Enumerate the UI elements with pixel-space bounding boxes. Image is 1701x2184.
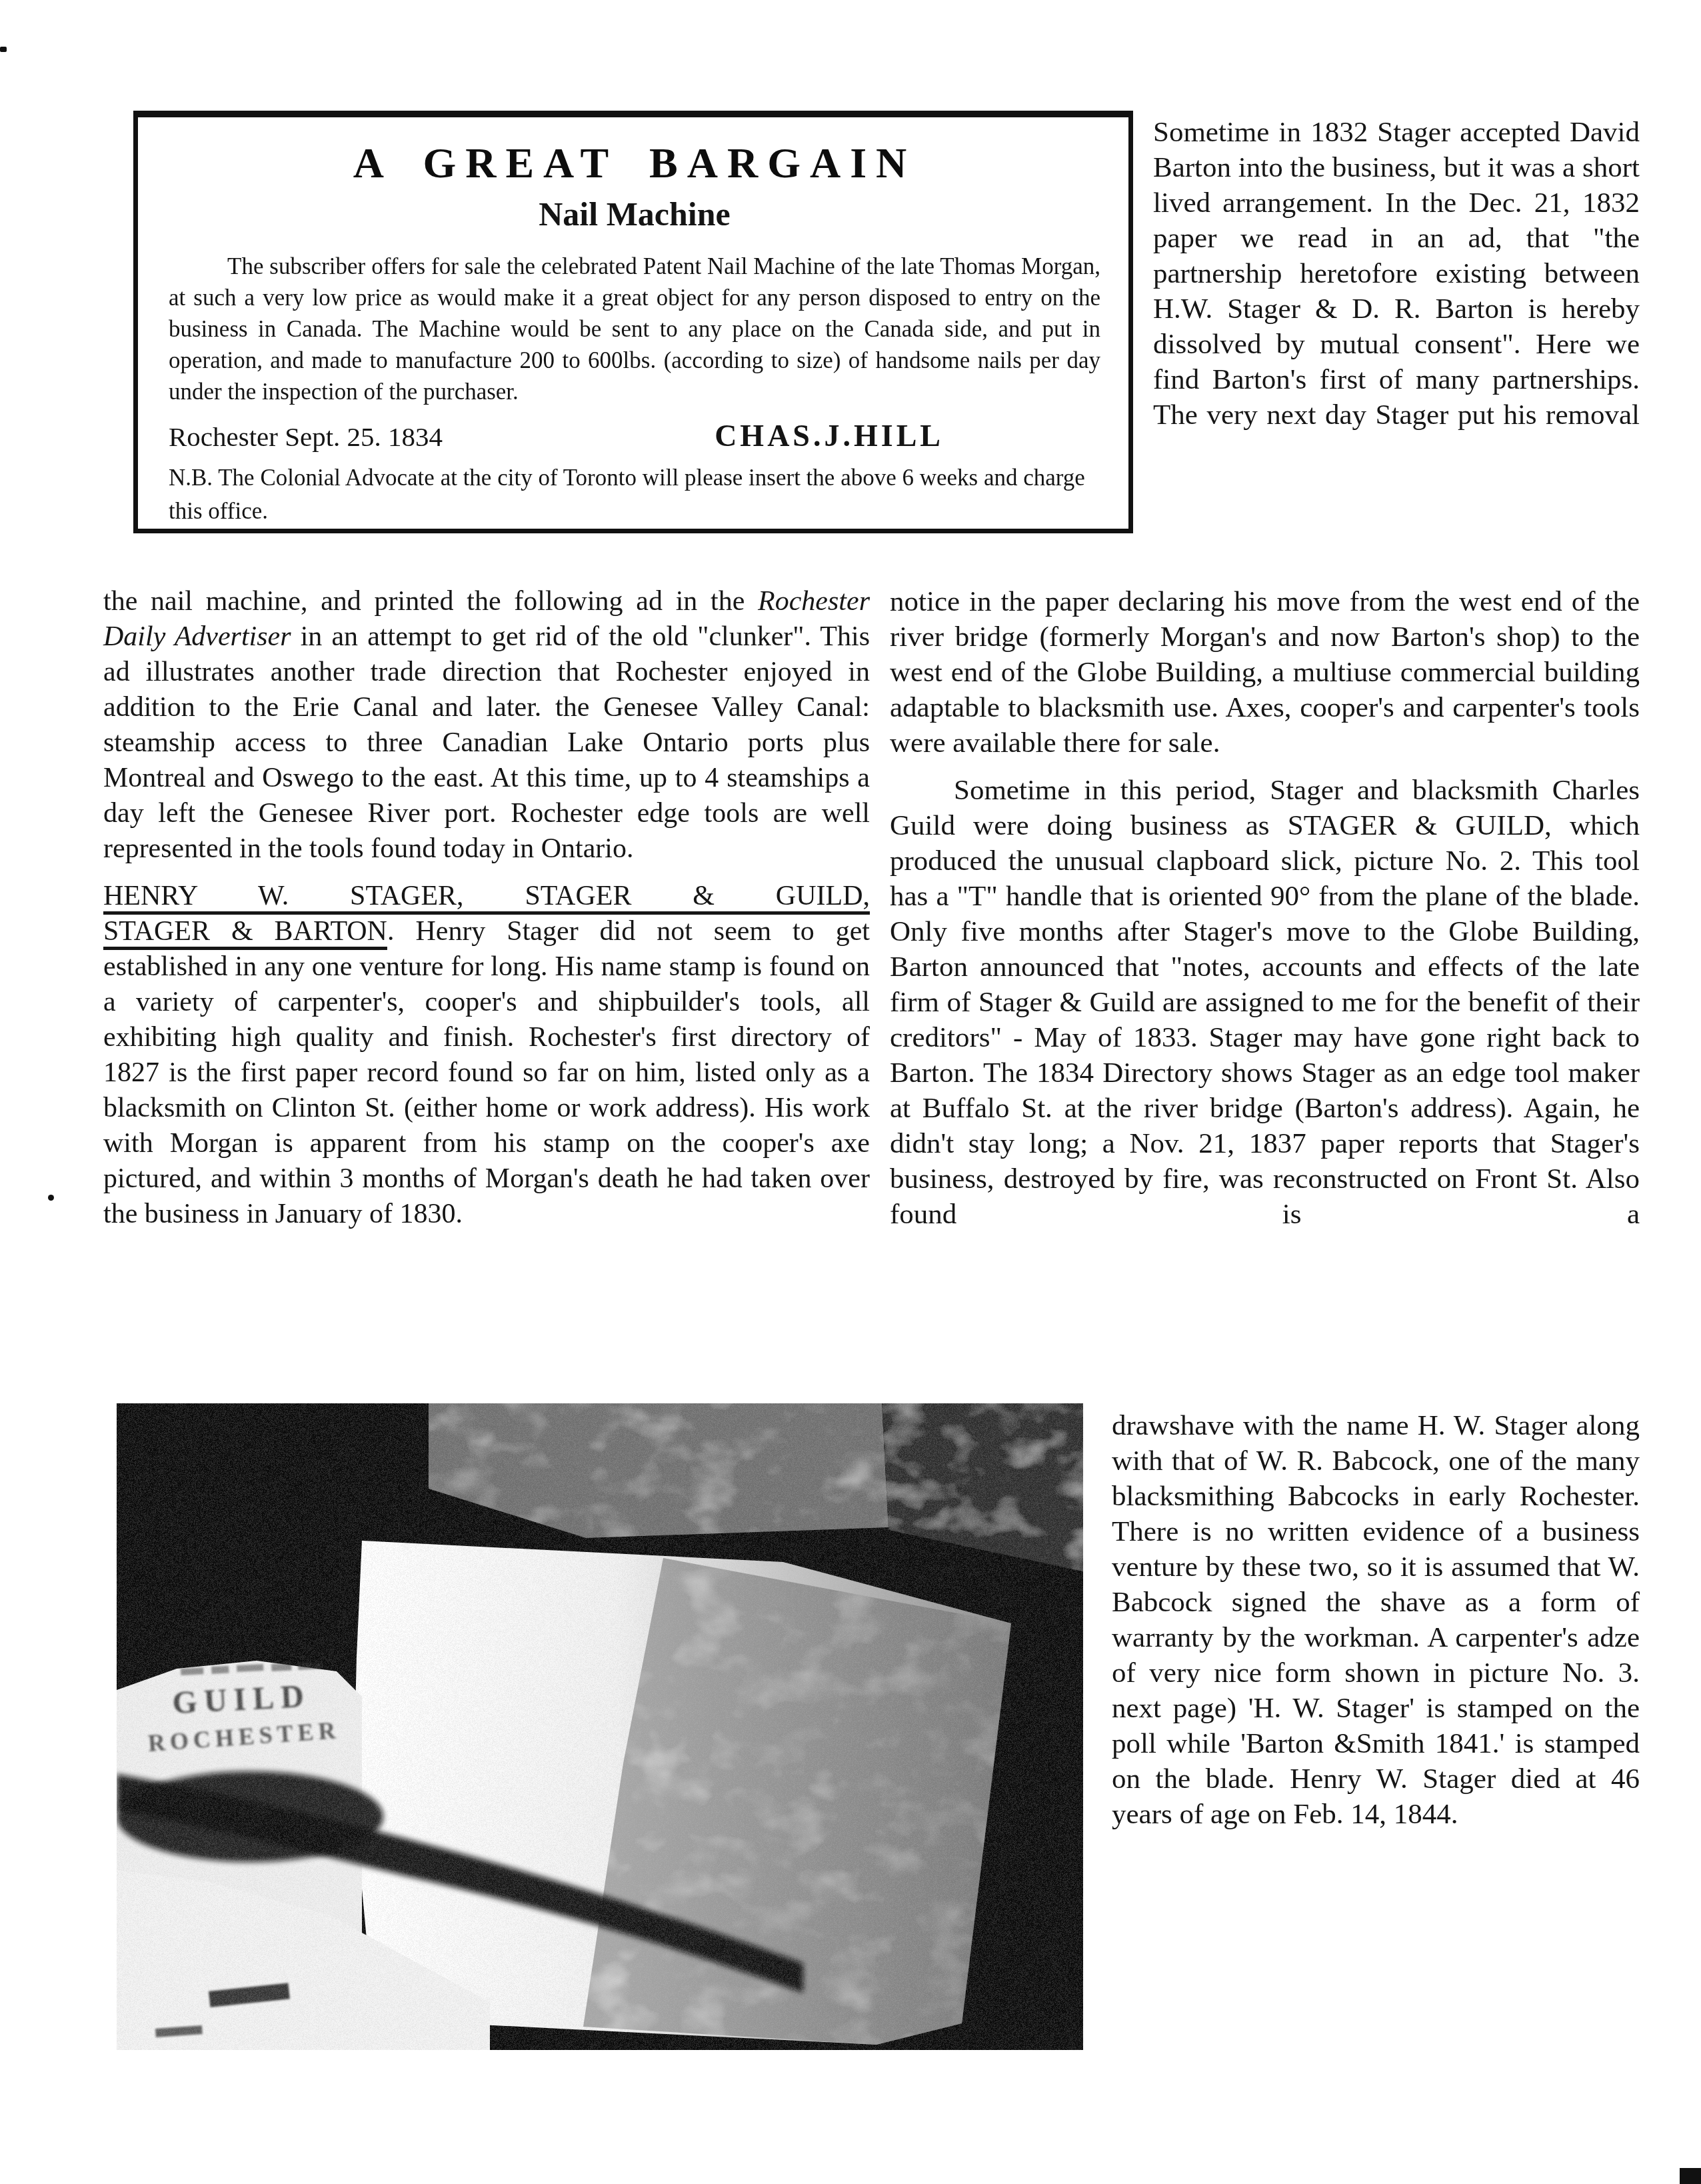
scanned-article-page: A GREAT BARGAIN Nail Machine The subscri…	[0, 0, 1701, 2184]
ad-dateline-row: Rochester Sept. 25. 1834 CHAS.J.HILL	[169, 418, 1100, 453]
ad-subtitle: Nail Machine	[169, 195, 1100, 233]
ad-title: A GREAT BARGAIN	[169, 139, 1100, 188]
ad-body-text: The subscriber offers for sale the celeb…	[169, 251, 1100, 407]
left-paragraph-1-continuation: in an attempt to get rid of the old "clu…	[103, 621, 870, 864]
ad-signature: CHAS.J.HILL	[715, 418, 944, 453]
cooper-axe-photo: GUILD ROCHESTER	[117, 1403, 1083, 2050]
section-heading-line1: HENRY W. STAGER, STAGER & GUILD,	[103, 879, 870, 914]
ad-dateline: Rochester Sept. 25. 1834	[169, 421, 443, 453]
scan-artifact-bottom-right	[1680, 2168, 1701, 2184]
nail-machine-ad-box: A GREAT BARGAIN Nail Machine The subscri…	[133, 111, 1133, 533]
left-paragraph-2-text: . Henry Stager did not seem to get estab…	[103, 916, 870, 1229]
right-column-top: Sometime in 1832 Stager accepted David B…	[1153, 115, 1640, 433]
ad-nota-bene: N.B. The Colonial Advocate at the city o…	[169, 461, 1100, 528]
left-column: the nail machine, and printed the follow…	[103, 584, 870, 1232]
right-column-bottom: drawshave with the name H. W. Stager alo…	[1112, 1408, 1640, 1832]
scan-artifact-margin-dot	[48, 1195, 54, 1201]
photo-grain-overlay	[117, 1403, 1083, 2050]
section-heading-line2: STAGER & BARTON	[103, 916, 387, 947]
cooper-axe-photo-graphic: GUILD ROCHESTER	[117, 1403, 1083, 2050]
left-paragraph-1: the nail machine, and printed the follow…	[103, 584, 870, 867]
scan-artifact-top-left	[0, 47, 7, 52]
left-paragraph-1-text: the nail machine, and printed the follow…	[103, 586, 758, 617]
right-paragraph-2: Sometime in this period, Stager and blac…	[890, 773, 1640, 1232]
right-paragraph-1: notice in the paper declaring his move f…	[890, 584, 1640, 761]
right-column-middle: notice in the paper declaring his move f…	[890, 584, 1640, 1232]
left-paragraph-2: HENRY W. STAGER, STAGER & GUILD,STAGER &…	[103, 879, 870, 1232]
